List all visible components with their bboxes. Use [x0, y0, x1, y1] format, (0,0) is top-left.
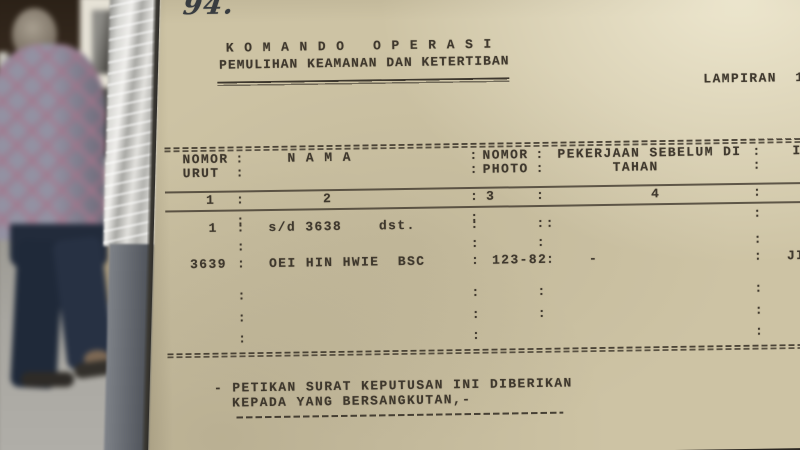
column-separator: :: [755, 304, 764, 318]
cell-nomor-urut: 1: [208, 222, 217, 236]
column-separator: :: [536, 189, 545, 203]
table-grid-colons-row: : : : :: [137, 303, 800, 327]
column-separator: :: [237, 289, 246, 303]
column-separator: :: [538, 307, 547, 321]
column-number: 1: [206, 194, 215, 208]
column-separator: :: [471, 237, 480, 251]
cell-pekerjaan: -: [589, 252, 598, 266]
column-separator: :: [537, 236, 546, 250]
column-separator: :: [753, 186, 762, 200]
table-grid-colons-row: : : :: [137, 324, 800, 348]
column-separator: ::: [536, 217, 555, 231]
header-cut-fragment: I: [792, 144, 800, 158]
column-separator: :: [236, 193, 245, 207]
column-separator: :: [470, 218, 479, 232]
archival-document-page: 94. K O M A N D O O P E R A S I PEMULIHA…: [132, 0, 800, 450]
sandal-left: [21, 372, 74, 387]
column-number: 4: [651, 187, 660, 201]
column-separator: :: [753, 159, 762, 173]
column-separator: :: [236, 221, 245, 235]
column-separator: :: [754, 282, 763, 296]
table-grid-colons-row: : : : :: [136, 281, 800, 305]
column-separator: :: [537, 285, 546, 299]
column-separator: :: [470, 190, 479, 204]
header-nama: N A M A: [287, 151, 352, 166]
cell-nomor-urut: 3639: [190, 258, 227, 273]
cell-nama: OEI HIN HWIE BSC: [269, 255, 426, 271]
column-separator: :: [471, 254, 480, 268]
column-separator: :: [236, 166, 245, 180]
column-separator: :: [237, 240, 246, 254]
column-number: 2: [323, 192, 332, 206]
header-pekerjaan: TAHAN: [613, 160, 659, 175]
photographed-archival-document: 94. K O M A N D O O P E R A S I PEMULIHA…: [0, 0, 800, 450]
column-separator: :: [238, 311, 247, 325]
column-separator: :: [755, 325, 764, 339]
column-separator: :: [238, 332, 247, 346]
column-separator: :: [546, 253, 555, 267]
column-separator: :: [471, 286, 480, 300]
person-batik-shirt: [0, 44, 106, 240]
header-nomor-photo: PHOTO: [483, 162, 529, 177]
column-number: 3: [486, 190, 495, 204]
column-separator: :: [536, 162, 545, 176]
column-separator: :: [237, 257, 246, 271]
column-separator: :: [470, 163, 479, 177]
column-separator: :: [754, 250, 763, 264]
cell-nomor-photo: 123-82: [492, 253, 547, 268]
column-separator: :: [472, 329, 481, 343]
cell-cut-fragment: JI: [787, 249, 800, 263]
cell-nama: s/d 3638 dst.: [268, 219, 415, 235]
header-nomor-urut: URUT: [183, 167, 220, 182]
column-separator: :: [754, 233, 763, 247]
column-separator: :: [472, 308, 481, 322]
